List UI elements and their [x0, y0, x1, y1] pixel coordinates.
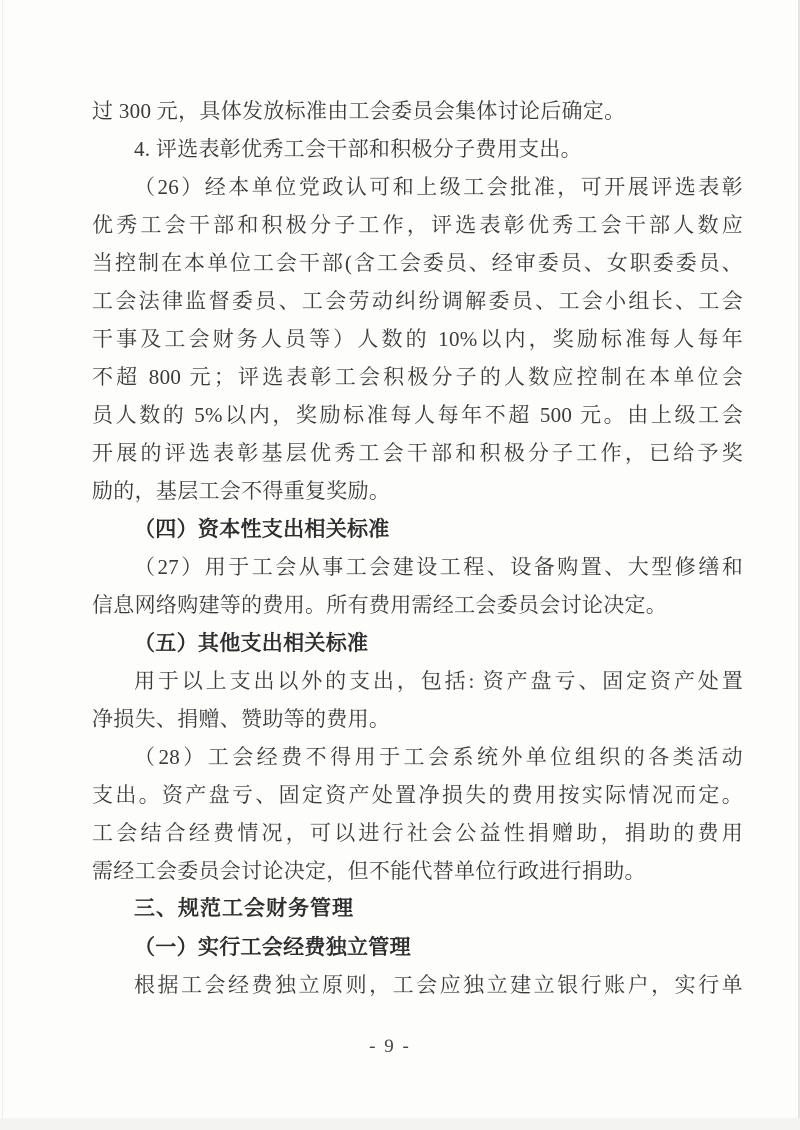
text-line: 净损失、捐赠、赞助等的费用。: [92, 700, 743, 738]
paper-left-edge: [2, 0, 3, 1130]
text-line: 励的，基层工会不得重复奖励。: [92, 472, 743, 510]
text-line: 开展的评选表彰基层优秀工会干部和积极分子工作，已给予奖: [92, 434, 743, 472]
page-number: - 9 -: [0, 1028, 780, 1066]
text-line: 根据工会经费独立原则，工会应独立建立银行账户，实行单: [92, 966, 743, 1004]
heading-standardize-union-finance: 三、规范工会财务管理: [92, 890, 743, 928]
text-line: （26）经本单位党政认可和上级工会批准，可开展评选表彰: [92, 168, 743, 206]
heading-capital-expenditure: （四）资本性支出相关标准: [92, 510, 743, 548]
text-line: 信息网络购建等的费用。所有费用需经工会委员会讨论决定。: [92, 586, 743, 624]
text-line: 员人数的 5%以内，奖励标准每人每年不超 500 元。由上级工会: [92, 396, 743, 434]
text-line: 不超 800 元；评选表彰工会积极分子的人数应控制在本单位会: [92, 358, 743, 396]
text-line: 工会法律监督委员、工会劳动纠纷调解委员、工会小组长、工会: [92, 282, 743, 320]
text-line: 需经工会委员会讨论决定，但不能代替单位行政进行捐助。: [92, 852, 743, 890]
text-line: （27）用于工会从事工会建设工程、设备购置、大型修缮和: [92, 548, 743, 586]
text-line: 优秀工会干部和积极分子工作，评选表彰优秀工会干部人数应: [92, 206, 743, 244]
heading-other-expenditure: （五）其他支出相关标准: [92, 624, 743, 662]
text-line: 支出。资产盘亏、固定资产处置净损失的费用按实际情况而定。: [92, 776, 743, 814]
text-line: 用于以上支出以外的支出，包括: 资产盘亏、固定资产处置: [92, 662, 743, 700]
text-line: 过 300 元，具体发放标准由工会委员会集体讨论后确定。: [92, 92, 743, 130]
text-line: 工会结合经费情况，可以进行社会公益性捐赠助，捐助的费用: [92, 814, 743, 852]
paper-bottom-edge: [0, 1118, 800, 1130]
document-body: 过 300 元，具体发放标准由工会委员会集体讨论后确定。 4. 评选表彰优秀工会…: [92, 92, 743, 1004]
scanned-document-page: 过 300 元，具体发放标准由工会委员会集体讨论后确定。 4. 评选表彰优秀工会…: [0, 0, 800, 1130]
heading-independent-fund-management: （一）实行工会经费独立管理: [92, 928, 743, 966]
text-line: 当控制在本单位工会干部(含工会委员、经审委员、女职委委员、: [92, 244, 743, 282]
text-line: （28）工会经费不得用于工会系统外单位组织的各类活动: [92, 738, 743, 776]
text-line: 4. 评选表彰优秀工会干部和积极分子费用支出。: [92, 130, 743, 168]
text-line: 干事及工会财务人员等）人数的 10%以内，奖励标准每人每年: [92, 320, 743, 358]
